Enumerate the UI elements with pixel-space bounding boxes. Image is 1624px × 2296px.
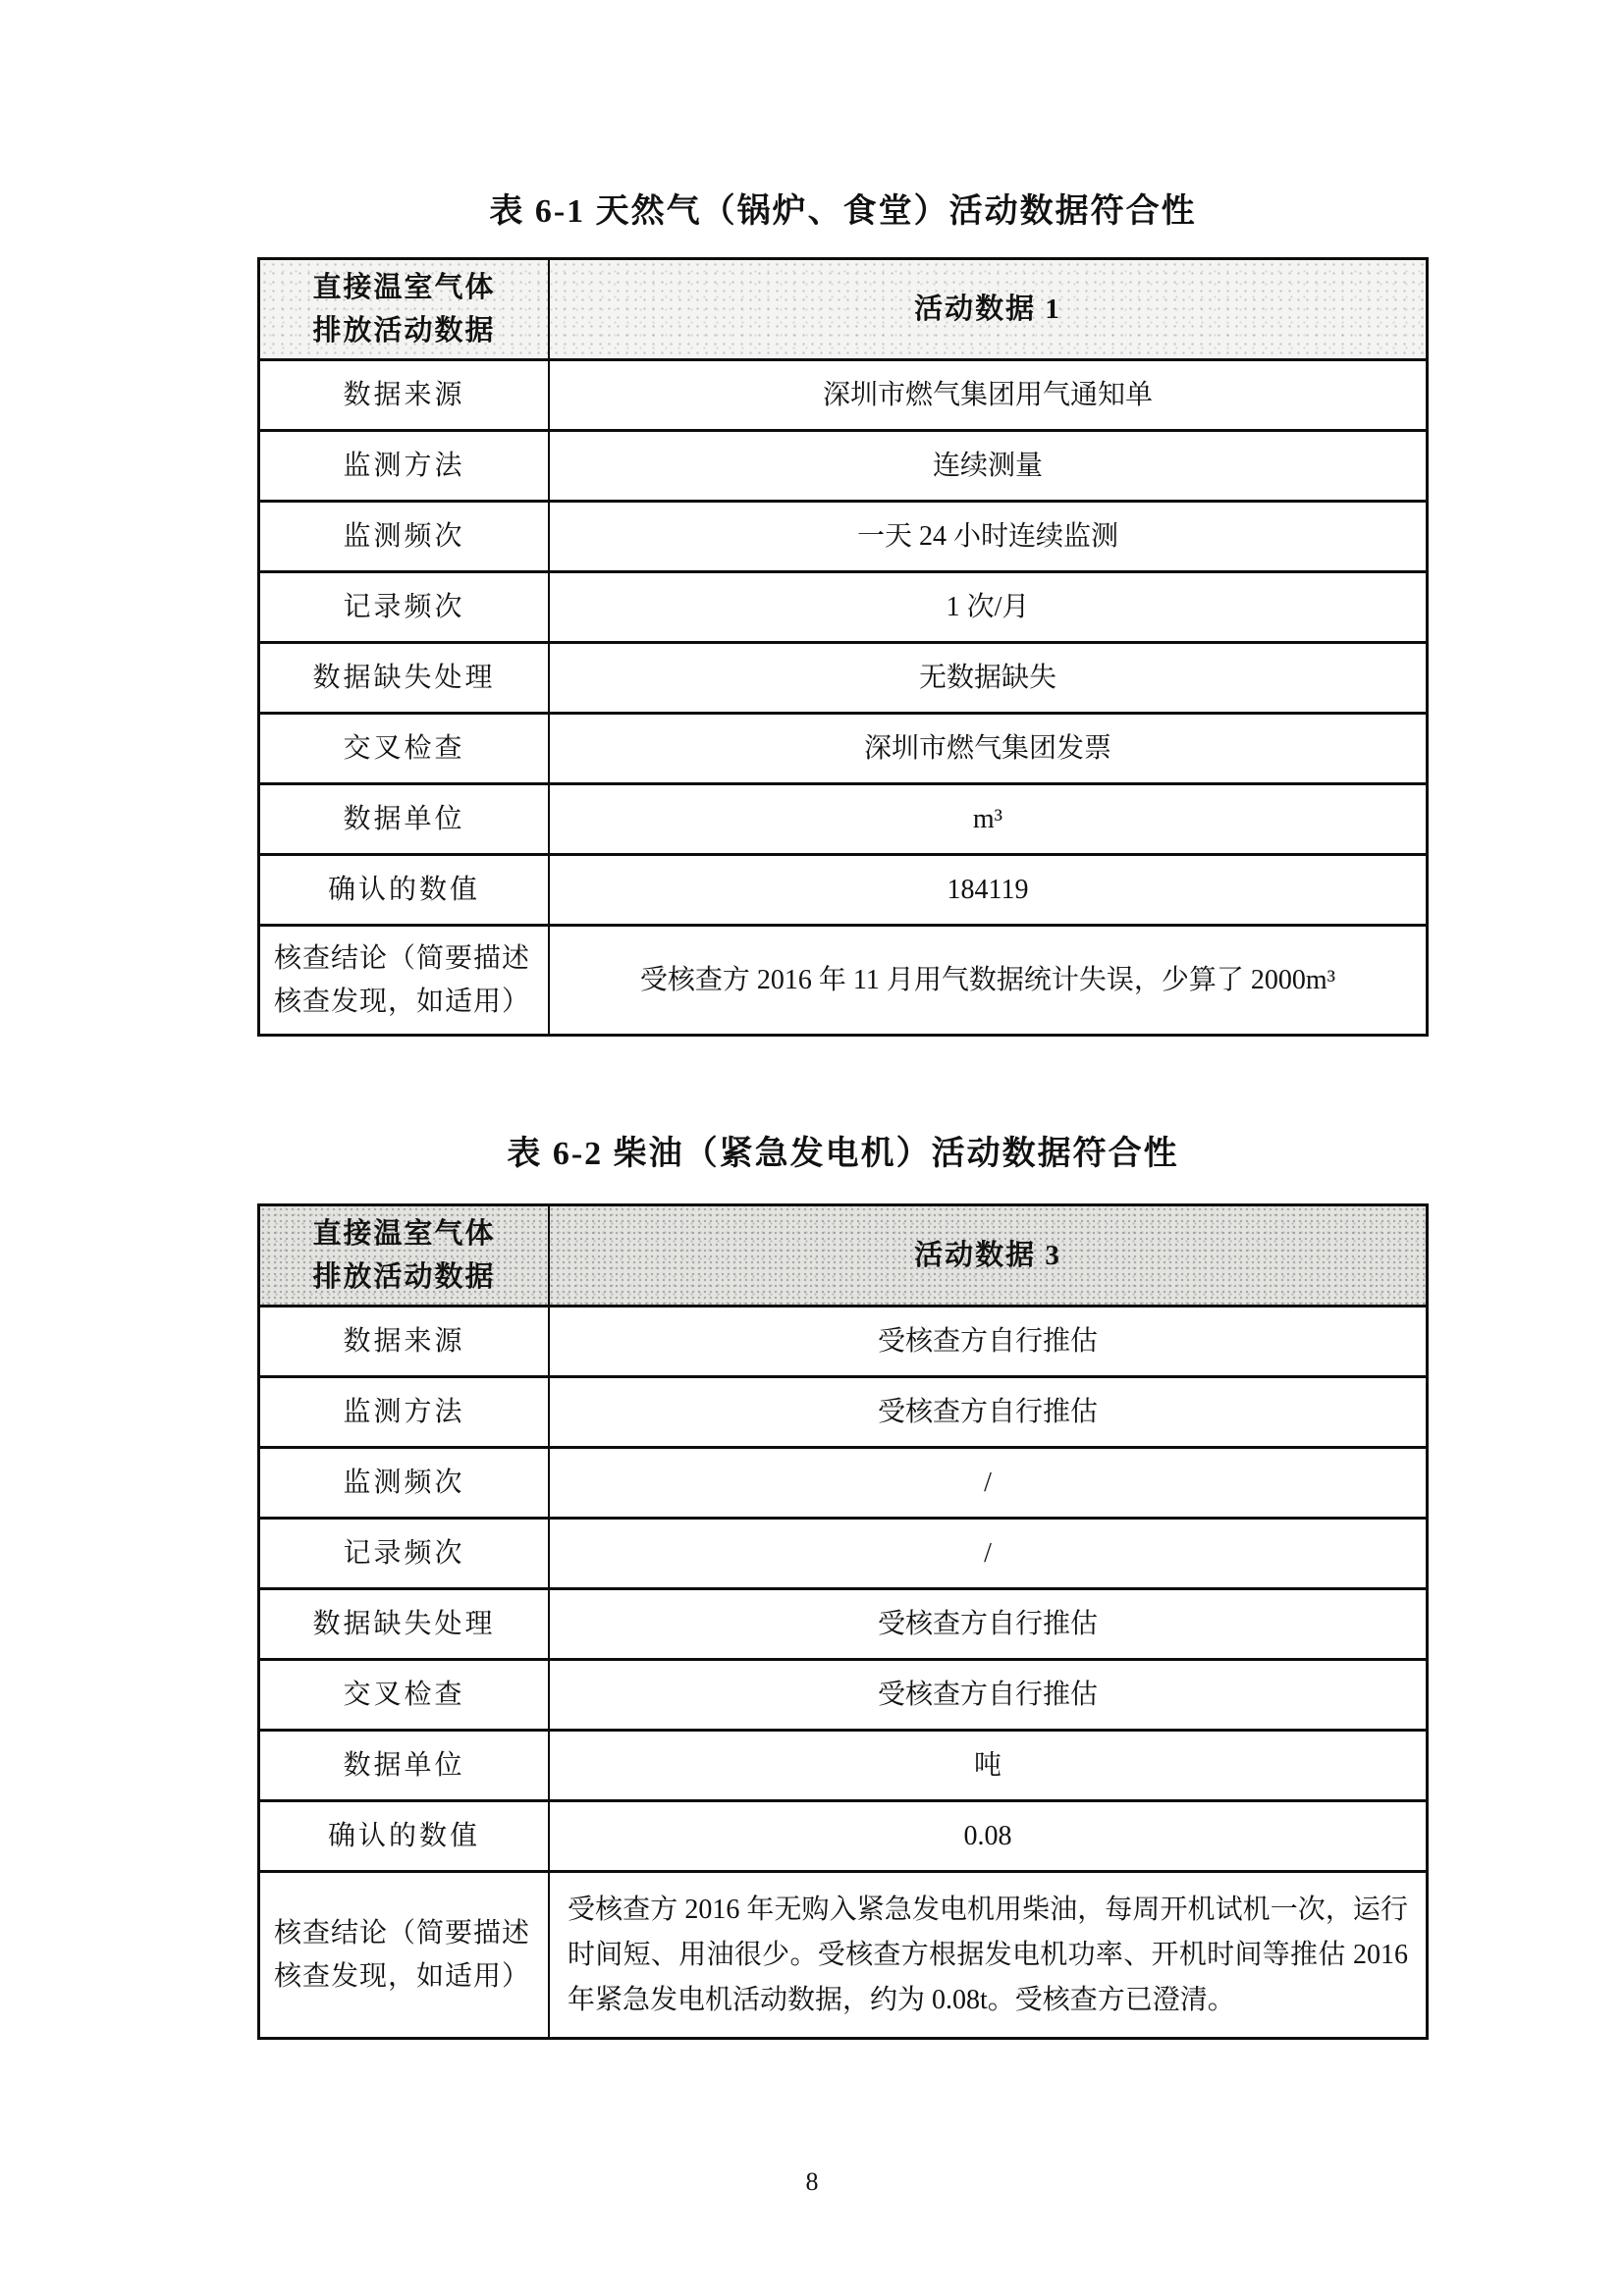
page-number: 8 [0,2167,1624,2197]
table-6-1-title: 表 6-1 天然气（锅炉、食堂）活动数据符合性 [257,188,1429,236]
table-header-row: 直接温室气体 排放活动数据 活动数据 3 [260,1206,1426,1305]
table-row: 监测方法 连续测量 [260,429,1426,500]
row-value: 受核查方自行推估 [550,1378,1426,1446]
row-label: 确认的数值 [260,856,550,924]
row-value: 0.08 [550,1802,1426,1870]
header-col2: 活动数据 1 [550,260,1426,358]
header-col2: 活动数据 3 [550,1206,1426,1305]
table-row: 交叉检查 受核查方自行推估 [260,1658,1426,1729]
row-value: 连续测量 [550,432,1426,500]
table-6-2: 直接温室气体 排放活动数据 活动数据 3 数据来源 受核查方自行推估 监测方法 … [257,1203,1429,2040]
table-6-1: 直接温室气体 排放活动数据 活动数据 1 数据来源 深圳市燃气集团用气通知单 监… [257,257,1429,1037]
table-row: 数据来源 深圳市燃气集团用气通知单 [260,358,1426,429]
row-value: / [550,1520,1426,1587]
header-col1: 直接温室气体 排放活动数据 [260,260,550,358]
table-row: 监测方法 受核查方自行推估 [260,1375,1426,1446]
row-value: 1 次/月 [550,573,1426,641]
row-value: 一天 24 小时连续监测 [550,503,1426,570]
row-label: 监测方法 [260,432,550,500]
row-value: 无数据缺失 [550,644,1426,712]
table-row: 记录频次 / [260,1517,1426,1587]
row-label: 记录频次 [260,1520,550,1587]
row-label: 交叉检查 [260,1661,550,1729]
row-label: 数据来源 [260,361,550,429]
table-row: 数据单位 m³ [260,782,1426,853]
row-label: 监测方法 [260,1378,550,1446]
row-value: m³ [550,785,1426,853]
table-row: 确认的数值 184119 [260,853,1426,924]
table-row: 数据缺失处理 无数据缺失 [260,641,1426,712]
row-value: 受核查方 2016 年无购入紧急发电机用柴油，每周开机试机一次，运行时间短、用油… [550,1873,1426,2037]
row-value: 受核查方自行推估 [550,1590,1426,1658]
table-row-conclusion: 核查结论（简要描述 核查发现，如适用） 受核查方 2016 年 11 月用气数据… [260,924,1426,1034]
row-label: 核查结论（简要描述 核查发现，如适用） [260,1873,550,2037]
row-label: 核查结论（简要描述 核查发现，如适用） [260,927,550,1034]
table-row: 数据来源 受核查方自行推估 [260,1305,1426,1375]
row-label: 数据缺失处理 [260,644,550,712]
row-label: 监测频次 [260,1449,550,1517]
row-value: 受核查方 2016 年 11 月用气数据统计失误，少算了 2000m³ [550,927,1426,1034]
row-label: 数据单位 [260,1732,550,1799]
header-col1: 直接温室气体 排放活动数据 [260,1206,550,1305]
table-row: 确认的数值 0.08 [260,1799,1426,1870]
row-label: 数据来源 [260,1308,550,1375]
row-label: 数据缺失处理 [260,1590,550,1658]
row-value: 深圳市燃气集团用气通知单 [550,361,1426,429]
row-value: 深圳市燃气集团发票 [550,715,1426,782]
table-row: 数据缺失处理 受核查方自行推估 [260,1587,1426,1658]
table-6-2-title: 表 6-2 柴油（紧急发电机）活动数据符合性 [257,1131,1429,1178]
table-row-conclusion: 核查结论（简要描述 核查发现，如适用） 受核查方 2016 年无购入紧急发电机用… [260,1870,1426,2037]
table-row: 数据单位 吨 [260,1729,1426,1799]
row-value: 吨 [550,1732,1426,1799]
page-content: 表 6-1 天然气（锅炉、食堂）活动数据符合性 直接温室气体 排放活动数据 活动… [257,188,1429,2040]
document-page: 表 6-1 天然气（锅炉、食堂）活动数据符合性 直接温室气体 排放活动数据 活动… [0,0,1624,2296]
row-value: 受核查方自行推估 [550,1661,1426,1729]
row-label: 监测频次 [260,503,550,570]
row-label: 确认的数值 [260,1802,550,1870]
spacer [257,1037,1429,1131]
row-label: 记录频次 [260,573,550,641]
row-value: 184119 [550,856,1426,924]
table-row: 交叉检查 深圳市燃气集团发票 [260,712,1426,782]
table-row: 监测频次 一天 24 小时连续监测 [260,500,1426,570]
table-header-row: 直接温室气体 排放活动数据 活动数据 1 [260,260,1426,358]
row-label: 交叉检查 [260,715,550,782]
table-row: 监测频次 / [260,1446,1426,1517]
table-row: 记录频次 1 次/月 [260,570,1426,641]
row-label: 数据单位 [260,785,550,853]
row-value: / [550,1449,1426,1517]
row-value: 受核查方自行推估 [550,1308,1426,1375]
